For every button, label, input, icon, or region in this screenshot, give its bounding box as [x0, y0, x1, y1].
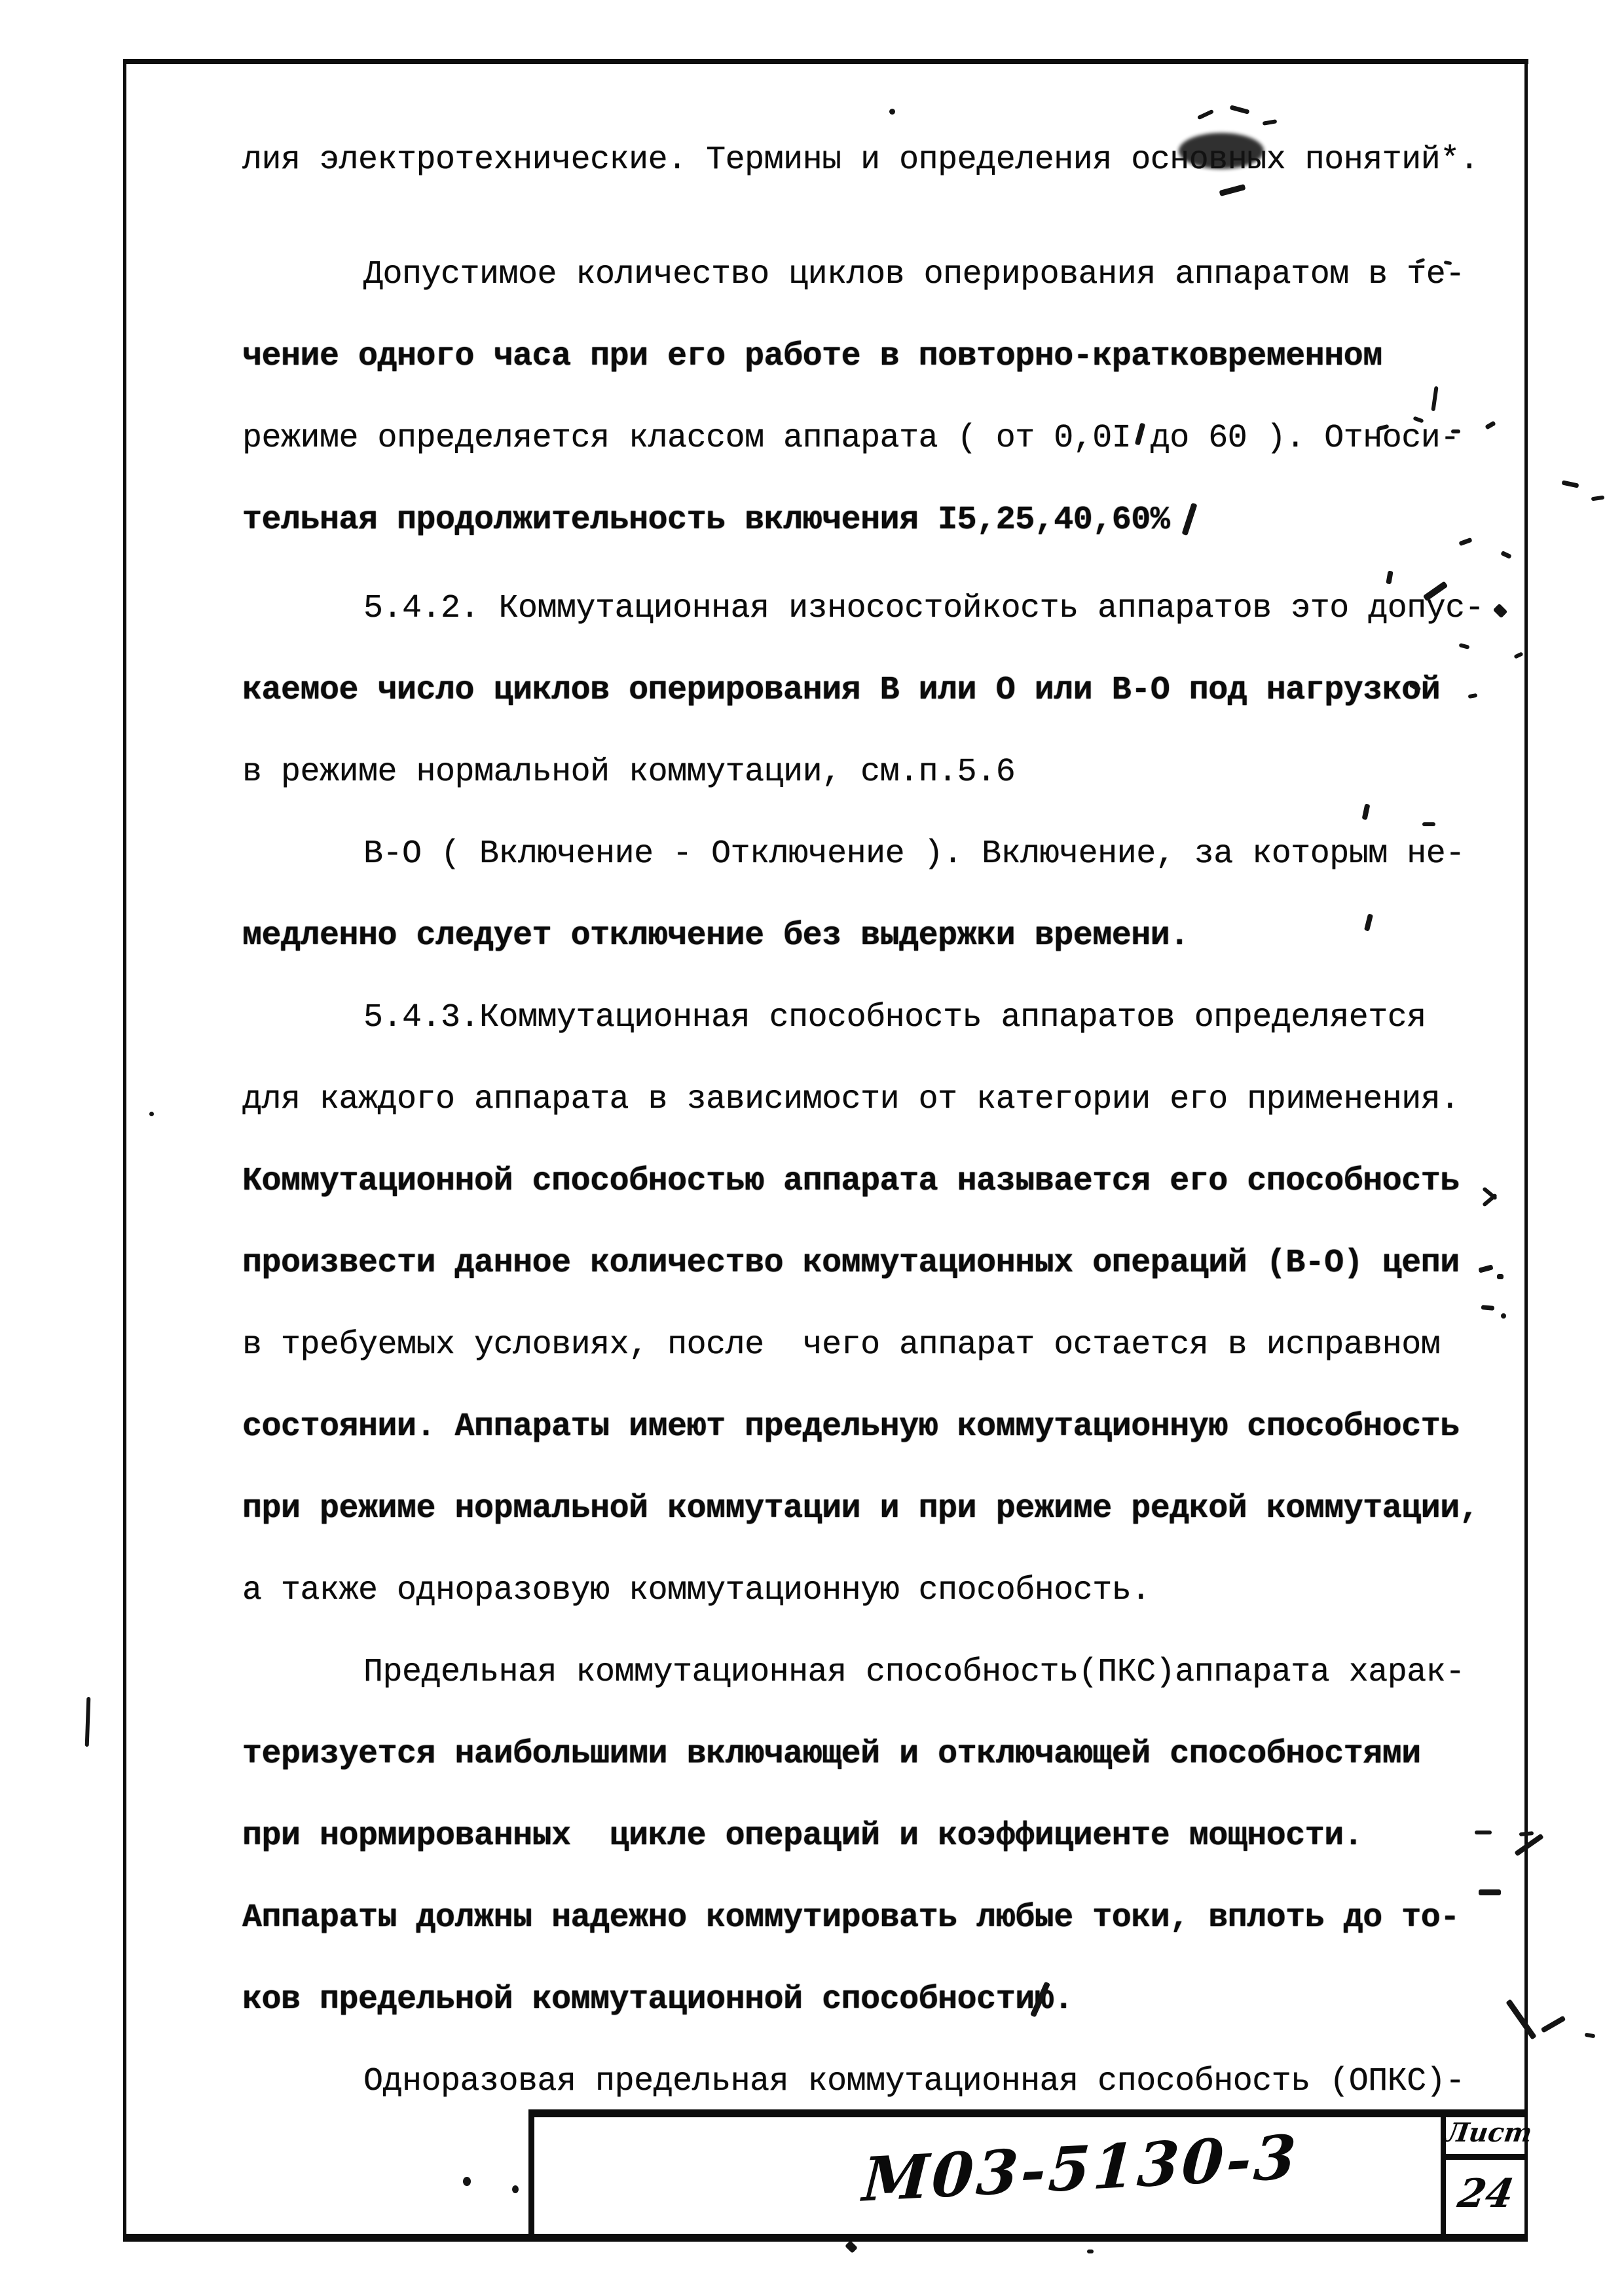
text-line: лия электротехнические. Термины и опреде…	[242, 119, 1539, 201]
text-line: В-О ( Включение - Отключение ). Включени…	[242, 813, 1539, 895]
text-line: в требуемых условиях, после чего аппарат…	[242, 1304, 1539, 1386]
stamp-box-border-top	[528, 2109, 1528, 2117]
text-line: 5.4.3.Коммутационная способность аппарат…	[242, 977, 1539, 1059]
text-line: режиме определяется классом аппарата ( о…	[242, 397, 1539, 479]
text-line: произвести данное количество коммутацион…	[242, 1222, 1539, 1304]
ink-dot	[512, 2185, 519, 2193]
pencil-mark	[1562, 480, 1579, 488]
stamp-box-border-left	[528, 2109, 534, 2240]
sheet-label-handwritten: Лист	[1443, 2112, 1528, 2154]
scanned-document-page: лия электротехнические. Термины и опреде…	[0, 0, 1624, 2296]
ink-dot	[463, 2177, 471, 2186]
page-frame-border-left	[123, 59, 126, 2242]
text-line: теризуется наибольшими включающей и откл…	[242, 1713, 1539, 1795]
ink-mark	[1087, 2250, 1094, 2253]
document-text: лия электротехнические. Термины и опреде…	[242, 119, 1539, 2123]
text-line: для каждого аппарата в зависимости от ка…	[242, 1059, 1539, 1140]
pencil-dot	[149, 1112, 154, 1116]
text-line: при нормированных цикле операций и коэфф…	[242, 1795, 1539, 1877]
pencil-mark	[1422, 822, 1435, 826]
text-line: Коммутационной способностью аппарата наз…	[242, 1140, 1539, 1222]
pencil-mark	[1475, 1831, 1492, 1834]
document-number-handwritten: М03-5130-3	[849, 2117, 1311, 2219]
pencil-mark	[85, 1697, 91, 1747]
text-line: медленно следует отключение без выдержки…	[242, 895, 1539, 977]
ink-mark	[1197, 109, 1214, 120]
text-line: состоянии. Аппараты имеют предельную ком…	[242, 1386, 1539, 1468]
text-line: чение одного часа при его работе в повто…	[242, 316, 1539, 397]
pencil-mark	[1585, 2033, 1596, 2039]
text-line: а также одноразовую коммутационную спосо…	[242, 1550, 1539, 1631]
stamp-cell-divider	[1446, 2154, 1524, 2160]
pencil-mark	[1451, 429, 1460, 433]
pencil-dot	[1501, 1313, 1506, 1319]
ink-mark	[1230, 105, 1250, 115]
page-frame-border-top	[123, 59, 1528, 64]
text-line: тельная продолжительность включения I5,2…	[242, 479, 1539, 561]
pencil-mark	[1479, 1889, 1501, 1895]
ink-mark	[845, 2240, 858, 2253]
text-line: 5.4.2. Коммутационная износостойкость ап…	[242, 568, 1539, 649]
pencil-mark	[1497, 1274, 1504, 1279]
sheet-number-handwritten: 24	[1439, 2161, 1531, 2234]
text-line: Аппараты должны надежно коммутировать лю…	[242, 1877, 1539, 1959]
pencil-mark	[1591, 496, 1605, 501]
page-frame-border-bottom	[123, 2234, 1528, 2242]
text-line: при режиме нормальной коммутации и при р…	[242, 1468, 1539, 1550]
text-line: Предельная коммутационная способность(ПК…	[242, 1631, 1539, 1713]
text-line: Допустимое количество циклов оперировани…	[242, 234, 1539, 316]
text-line: ков предельной коммутационной способност…	[242, 1959, 1539, 2041]
text-line: каемое число циклов оперирования В или О…	[242, 649, 1539, 731]
ink-smudge	[1179, 133, 1264, 169]
pencil-mark	[1541, 2016, 1566, 2033]
text-line: в режиме нормальной коммутации, см.п.5.6	[242, 731, 1539, 813]
ink-dot	[889, 109, 895, 115]
